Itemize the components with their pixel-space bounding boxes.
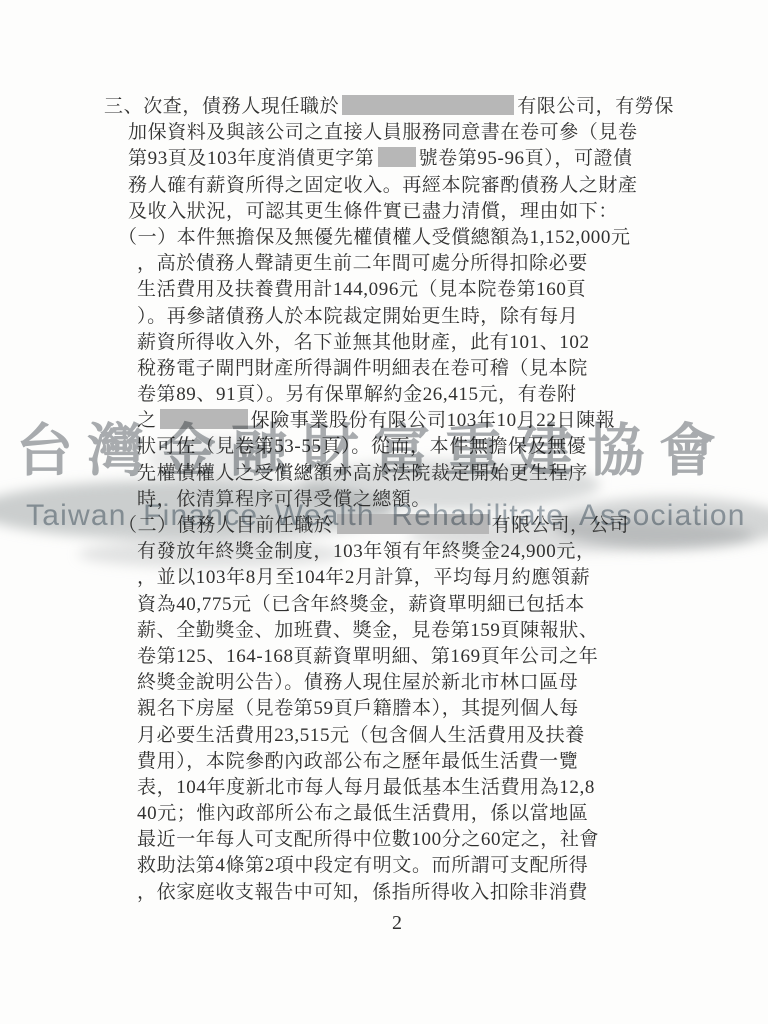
- document-line: 親名下房屋（見卷第59頁戶籍謄本），其提列個人每: [137, 696, 704, 722]
- document-line: 卷第125、164-168頁薪資單明細、第169頁年公司之年: [137, 644, 704, 670]
- redaction-box: [378, 147, 416, 167]
- text-run: 終獎金說明公告）。債務人現住屋於新北市林口區母: [137, 672, 578, 693]
- text-run: （二）債務人目前任職於: [118, 515, 334, 536]
- text-run: 薪資所得收入外，名下並無其他財產，此有101、102: [137, 332, 590, 353]
- text-run: 先權債權人之受償總額亦高於法院裁定開始更生程序: [137, 463, 588, 484]
- text-run: 月必要生活費用23,515元（包含個人生活費用及扶養: [137, 725, 585, 746]
- document-line: 卷第89、91頁）。另有保單解約金26,415元，有卷附: [137, 382, 704, 408]
- document-line: 稅務電子閘門財產所得調件明細表在卷可稽（見本院: [137, 356, 704, 382]
- text-run: 稅務電子閘門財產所得調件明細表在卷可稽（見本院: [137, 358, 588, 379]
- document-line: 最近一年每人可支配所得中位數100分之60定之，社會: [137, 827, 704, 853]
- text-run: ，高於債務人聲請更生前二年間可處分所得扣除必要: [137, 253, 588, 274]
- document-line: 救助法第4條第2項中段定有明文。而所謂可支配所得: [137, 853, 704, 879]
- text-run: 親名下房屋（見卷第59頁戶籍謄本），其提列個人每: [137, 698, 579, 719]
- text-run: 務人確有薪資所得之固定收入。再經本院審酌債務人之財產: [128, 175, 638, 196]
- text-run: 表，104年度新北市每人每月最低基本生活費用為12,8: [137, 777, 595, 798]
- text-run: （一）本件無擔保及無優先權債權人受償總額為1,152,000元: [118, 227, 631, 248]
- document-line: 40元；惟內政部所公布之最低生活費用，係以當地區: [137, 801, 704, 827]
- document-line: 終獎金說明公告）。債務人現住屋於新北市林口區母: [137, 670, 704, 696]
- document-line: 之保險事業股份有限公司103年10月22日陳報: [137, 408, 704, 434]
- text-run: 卷第89、91頁）。另有保單解約金26,415元，有卷附: [137, 384, 577, 405]
- watermark-char: 台: [16, 422, 73, 482]
- text-run: 及收入狀況，可認其更生條件實已盡力清償，理由如下：: [128, 201, 618, 222]
- document-line: 狀可佐（見卷第53-55頁）。從而，本件無擔保及無優: [137, 434, 704, 460]
- document-page: 三、次查，債務人現任職於有限公司，有勞保加保資料及與該公司之直接人員服務同意書在…: [0, 0, 768, 1024]
- document-line: 薪資所得收入外，名下並無其他財產，此有101、102: [137, 330, 704, 356]
- page-number: 2: [392, 912, 402, 935]
- text-run: 有限公司，有勞保: [517, 96, 674, 117]
- document-line: 三、次查，債務人現任職於有限公司，有勞保: [104, 94, 704, 120]
- text-run: 40元；惟內政部所公布之最低生活費用，係以當地區: [137, 803, 588, 824]
- document-line: 資為40,775元（已含年終獎金，薪資單明細已包括本: [137, 592, 704, 618]
- text-run: 三、次查，債務人現任職於: [104, 96, 339, 117]
- document-line: ，高於債務人聲請更生前二年間可處分所得扣除必要: [137, 251, 704, 277]
- text-run: 費用），本院參酌內政部公布之歷年最低生活費一覽: [137, 751, 578, 772]
- text-run: 第93頁及103年度消債更字第: [128, 148, 375, 169]
- document-line: 表，104年度新北市每人每月最低基本生活費用為12,8: [137, 775, 704, 801]
- document-line: 加保資料及與該公司之直接人員服務同意書在卷可參（見卷: [128, 120, 704, 146]
- document-line: 費用），本院參酌內政部公布之歷年最低生活費一覽: [137, 749, 704, 775]
- text-run: 保險事業股份有限公司103年10月22日陳報: [251, 410, 616, 431]
- text-run: 生活費用及扶養費用計144,096元（見本院卷第160頁: [137, 279, 586, 300]
- text-run: 有發放年終獎金制度，103年領有年終獎金24,900元，: [137, 541, 596, 562]
- document-body: 三、次查，債務人現任職於有限公司，有勞保加保資料及與該公司之直接人員服務同意書在…: [104, 94, 704, 906]
- document-line: 先權債權人之受償總額亦高於法院裁定開始更生程序: [137, 461, 704, 487]
- text-run: 加保資料及與該公司之直接人員服務同意書在卷可參（見卷: [128, 122, 638, 143]
- text-run: 有限公司，公司: [492, 515, 629, 536]
- text-run: 薪、全勤獎金、加班費、獎金，見卷第159頁陳報狀、: [137, 620, 599, 641]
- text-run: 最近一年每人可支配所得中位數100分之60定之，社會: [137, 829, 599, 850]
- document-line: 月必要生活費用23,515元（包含個人生活費用及扶養: [137, 723, 704, 749]
- text-run: 時，依清算程序可得受償之總額。: [137, 489, 431, 510]
- document-line: （二）債務人目前任職於有限公司，公司: [118, 513, 704, 539]
- redaction-box: [342, 95, 514, 115]
- text-run: 狀可佐（見卷第53-55頁）。從而，本件無擔保及無優: [137, 436, 586, 457]
- document-line: ，並以103年8月至104年2月計算，平均每月約應領薪: [137, 565, 704, 591]
- text-run: 資為40,775元（已含年終獎金，薪資單明細已包括本: [137, 594, 585, 615]
- text-run: 號卷第95-96頁），可證債: [419, 148, 633, 169]
- document-line: 時，依清算程序可得受償之總額。: [137, 487, 704, 513]
- document-line: 務人確有薪資所得之固定收入。再經本院審酌債務人之財產: [128, 173, 704, 199]
- document-line: （一）本件無擔保及無優先權債權人受償總額為1,152,000元: [118, 225, 704, 251]
- text-run: ，並以103年8月至104年2月計算，平均每月約應領薪: [137, 567, 590, 588]
- document-line: 及收入狀況，可認其更生條件實已盡力清償，理由如下：: [128, 199, 704, 225]
- text-run: ）。再參諸債務人於本院裁定開始更生時，除有每月: [137, 306, 578, 327]
- document-line: 第93頁及103年度消債更字第號卷第95-96頁），可證債: [128, 146, 704, 172]
- document-line: 有發放年終獎金制度，103年領有年終獎金24,900元，: [137, 539, 704, 565]
- text-run: 之: [137, 410, 157, 431]
- document-line: ）。再參諸債務人於本院裁定開始更生時，除有每月: [137, 304, 704, 330]
- redaction-box: [337, 514, 489, 534]
- text-run: 卷第125、164-168頁薪資單明細、第169頁年公司之年: [137, 646, 598, 667]
- document-line: ，依家庭收支報告中可知，係指所得收入扣除非消費: [137, 880, 704, 906]
- redaction-box: [160, 409, 248, 429]
- text-run: ，依家庭收支報告中可知，係指所得收入扣除非消費: [137, 882, 588, 903]
- text-run: 救助法第4條第2項中段定有明文。而所謂可支配所得: [137, 855, 588, 876]
- document-line: 薪、全勤獎金、加班費、獎金，見卷第159頁陳報狀、: [137, 618, 704, 644]
- document-line: 生活費用及扶養費用計144,096元（見本院卷第160頁: [137, 277, 704, 303]
